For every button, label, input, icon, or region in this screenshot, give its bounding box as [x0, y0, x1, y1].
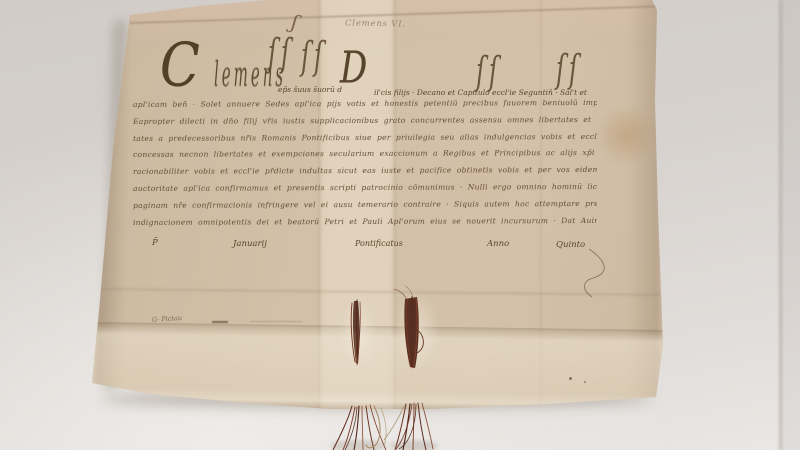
body-text-line: indignacionem omnipotentis dei et beator… [133, 217, 597, 227]
ink-speck [584, 381, 586, 383]
ink-speck [569, 377, 572, 380]
plica-dash [212, 321, 228, 323]
wall-right-panel [782, 0, 800, 450]
chancery-mark: P̄ [152, 238, 158, 248]
ascender-flourish-icon: ſſ [301, 37, 327, 75]
right-edge-shading [628, 0, 660, 400]
body-text-line: concessas necnon libertates et exempcion… [133, 149, 597, 159]
date-year: Quinto [556, 240, 585, 250]
ascender-flourish-icon: ſſ [556, 50, 582, 88]
body-text-line: Eapropter dilecti in dn̄o filij vr̄is iu… [133, 116, 597, 126]
slit-halo-right [394, 290, 440, 372]
upper-plica-crease [95, 288, 660, 296]
initial-letter-d: D [340, 46, 367, 90]
body-text-line: paginam nr̄e confirmacionis infringere v… [133, 200, 597, 210]
plica-dash-faint [250, 321, 302, 322]
date-anno: Anno [487, 239, 509, 249]
archival-note: Clemens VI. [345, 18, 406, 29]
ascender-flourish-icon: ſſ [476, 52, 502, 90]
date-month: Januarij [233, 239, 267, 249]
headline-small-text: ep̄s s̄uus s̄uorū dei [278, 85, 342, 94]
initial-letter-c: C [160, 36, 200, 96]
body-text-line: racionabiliter vobis et eccl'ie pr̄dicte… [133, 166, 597, 176]
slit-halo-left [338, 296, 378, 370]
water-stain [596, 106, 658, 164]
body-text-line: apl'icam ben̄ · Solet annuere Sedes apl'… [133, 99, 597, 109]
scribe-mark: G· Pictau [152, 314, 183, 324]
body-text-line: auctoritate apl'ica confirmamus et prese… [133, 183, 597, 193]
body-text-line: tates a predecessoribus nr̄is Romanis Po… [133, 133, 597, 143]
photograph: Clemens VI. ʃ C lemens ep̄s s̄uus s̄uorū… [0, 0, 800, 450]
ascender-flourish-icon: ſſ [268, 34, 294, 72]
date-pontificatus: Pontificatus [355, 239, 403, 248]
